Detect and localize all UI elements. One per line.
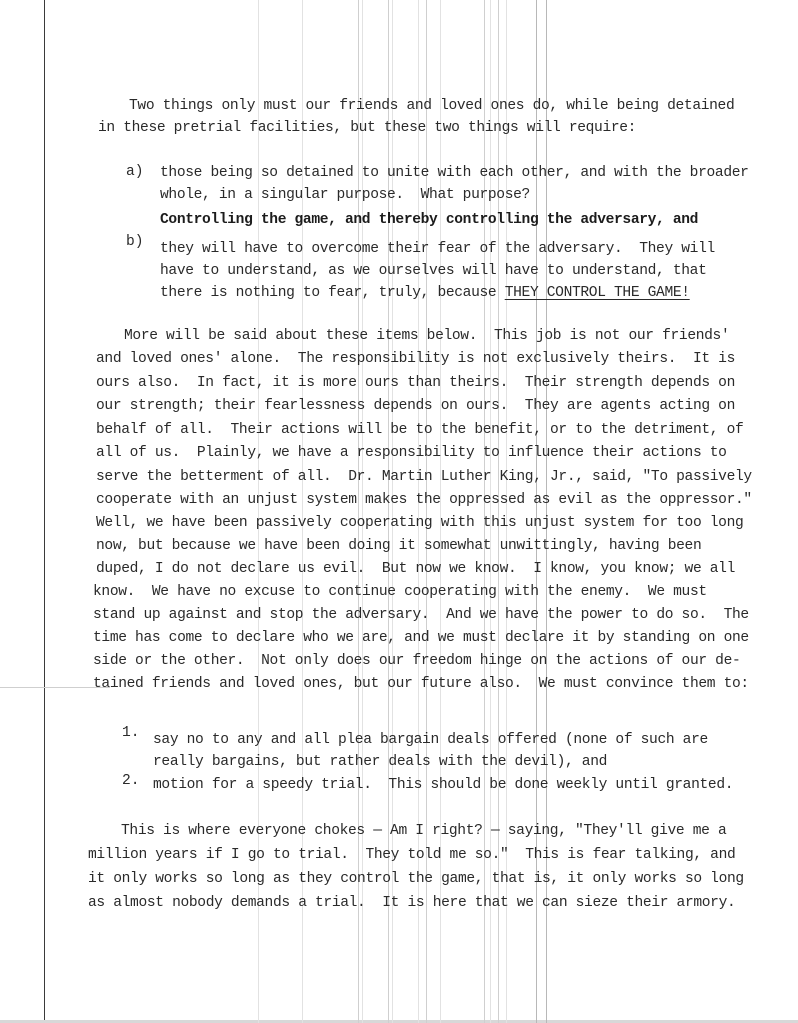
list-item-b-line: there is nothing to fear, truly, because… — [160, 284, 690, 302]
text-line: stand up against and stop the adversary.… — [93, 606, 749, 624]
text-line: it only works so long as they control th… — [88, 870, 744, 888]
text-line: Well, we have been passively cooperating… — [96, 514, 743, 532]
list-marker-a: a) — [126, 163, 144, 181]
list-item-b-line: have to understand, as we ourselves will… — [160, 262, 707, 280]
list-marker-b: b) — [126, 233, 144, 251]
text-line: serve the betterment of all. Dr. Martin … — [96, 468, 752, 486]
list-item-2-line: motion for a speedy trial. This should b… — [153, 776, 733, 794]
text-line: tained friends and loved ones, but our f… — [93, 675, 749, 693]
text-line: behalf of all. Their actions will be to … — [96, 421, 743, 439]
text-line: Two things only must our friends and lov… — [129, 97, 734, 115]
text-line: all of us. Plainly, we have a responsibi… — [96, 444, 727, 462]
list-item-a-line-emphasis: Controlling the game, and thereby contro… — [160, 211, 698, 229]
text-line: and loved ones' alone. The responsibilit… — [96, 350, 735, 368]
list-item-1-line: say no to any and all plea bargain deals… — [153, 731, 708, 749]
list-marker-2: 2. — [122, 772, 140, 790]
text-line: million years if I go to trial. They tol… — [88, 846, 735, 864]
text-line: duped, I do not declare us evil. But now… — [96, 560, 735, 578]
text-line: know. We have no excuse to continue coop… — [93, 583, 707, 601]
page-left-edge — [44, 0, 45, 1023]
list-item-1-line: really bargains, but rather deals with t… — [153, 753, 607, 771]
text-line: cooperate with an unjust system makes th… — [96, 491, 752, 509]
text-line: This is where everyone chokes — Am I rig… — [121, 822, 726, 840]
text-line: as almost nobody demands a trial. It is … — [88, 894, 735, 912]
emphasis-they-control-the-game: THEY CONTROL THE GAME! — [505, 285, 690, 301]
scanned-document-page: Two things only must our friends and lov… — [0, 0, 798, 1023]
list-item-a-line: those being so detained to unite with ea… — [160, 164, 749, 182]
text-line: time has come to declare who we are, and… — [93, 629, 749, 647]
text-line: now, but because we have been doing it s… — [96, 537, 701, 555]
list-marker-1: 1. — [122, 724, 140, 742]
list-item-b-text: there is nothing to fear, truly, because — [160, 285, 505, 301]
list-item-a-line: whole, in a singular purpose. What purpo… — [160, 186, 530, 204]
text-line: ours also. In fact, it is more ours than… — [96, 374, 735, 392]
text-line: in these pretrial facilities, but these … — [98, 119, 636, 137]
list-item-b-line: they will have to overcome their fear of… — [160, 240, 715, 258]
text-line: side or the other. Not only does our fre… — [93, 652, 740, 670]
text-line: our strength; their fearlessness depends… — [96, 397, 735, 415]
text-line: More will be said about these items belo… — [124, 327, 729, 345]
